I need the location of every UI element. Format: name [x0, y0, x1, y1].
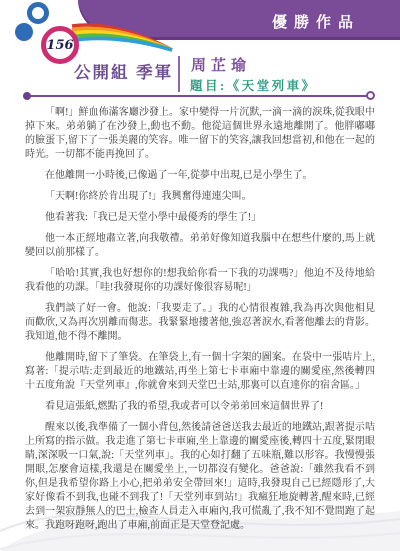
- essay-paragraph: 看見這張紙,燃點了我的希望,我或者可以令弟弟回來這個世界了!: [25, 400, 375, 414]
- section-divider-line: [27, 95, 369, 97]
- page-number-badge: 156: [41, 26, 79, 64]
- essay-title-line: 題目:《天堂列車》: [190, 76, 317, 94]
- logo-ring-circle-icon: [27, 2, 49, 24]
- page-number: 156: [46, 38, 73, 53]
- essay-body: 「啊!」鮮血佈滿客廳沙發上。家中變得一片沉默,一滴一滴的淚珠,從我眼中掉下來。弟…: [25, 106, 375, 540]
- banner-title: 優勝作品: [272, 11, 360, 32]
- essay-paragraph: 醒來以後,我準備了一個小背包,然後請爸爸送我去最近的地鐵站,跟著提示咭上所寫的指…: [25, 421, 375, 533]
- essay-paragraph: 「啊!」鮮血佈滿客廳沙發上。家中變得一片沉默,一滴一滴的淚珠,從我眼中掉下來。弟…: [25, 106, 375, 162]
- heading-vertical-divider: [178, 56, 180, 92]
- divider-right-ring-icon: [366, 91, 375, 100]
- essay-paragraph: 「哈哈!其實,我也好想你的!想我給你看一下我的功課嗎?」他迫不及待地給我看他的功…: [25, 267, 375, 295]
- essay-paragraph: 「天啊!你終於肯出現了!」我興奮得連連尖叫。: [25, 190, 375, 204]
- essay-paragraph: 他一本正經地肅立著,向我敬禮。弟弟好像知道我腦中在想些什麼的,馬上就變回以前那樣…: [25, 232, 375, 260]
- essay-paragraph: 在他離開一小時後,已像過了一年,從夢中出現,已是小學生了。: [25, 169, 375, 183]
- divider-left-dot-icon: [23, 92, 31, 100]
- logo-solid-circle-icon: [15, 23, 33, 41]
- group-rank-label: 公開組 季軍: [74, 59, 173, 83]
- essay-paragraph: 他離開時,留下了筆袋。在筆袋上,有一個十字架的圖案。在袋中一張咭片上,寫著:「提…: [25, 351, 375, 393]
- essay-paragraph: 他看著我:「我已是天堂小學中最優秀的學生了!」: [25, 211, 375, 225]
- author-name: 周芷瑜: [191, 54, 251, 75]
- essay-paragraph: 我們談了好一會。他說:「我要走了。」我的心情很複雜,我為再次與他相見而歡欣,又為…: [25, 302, 375, 344]
